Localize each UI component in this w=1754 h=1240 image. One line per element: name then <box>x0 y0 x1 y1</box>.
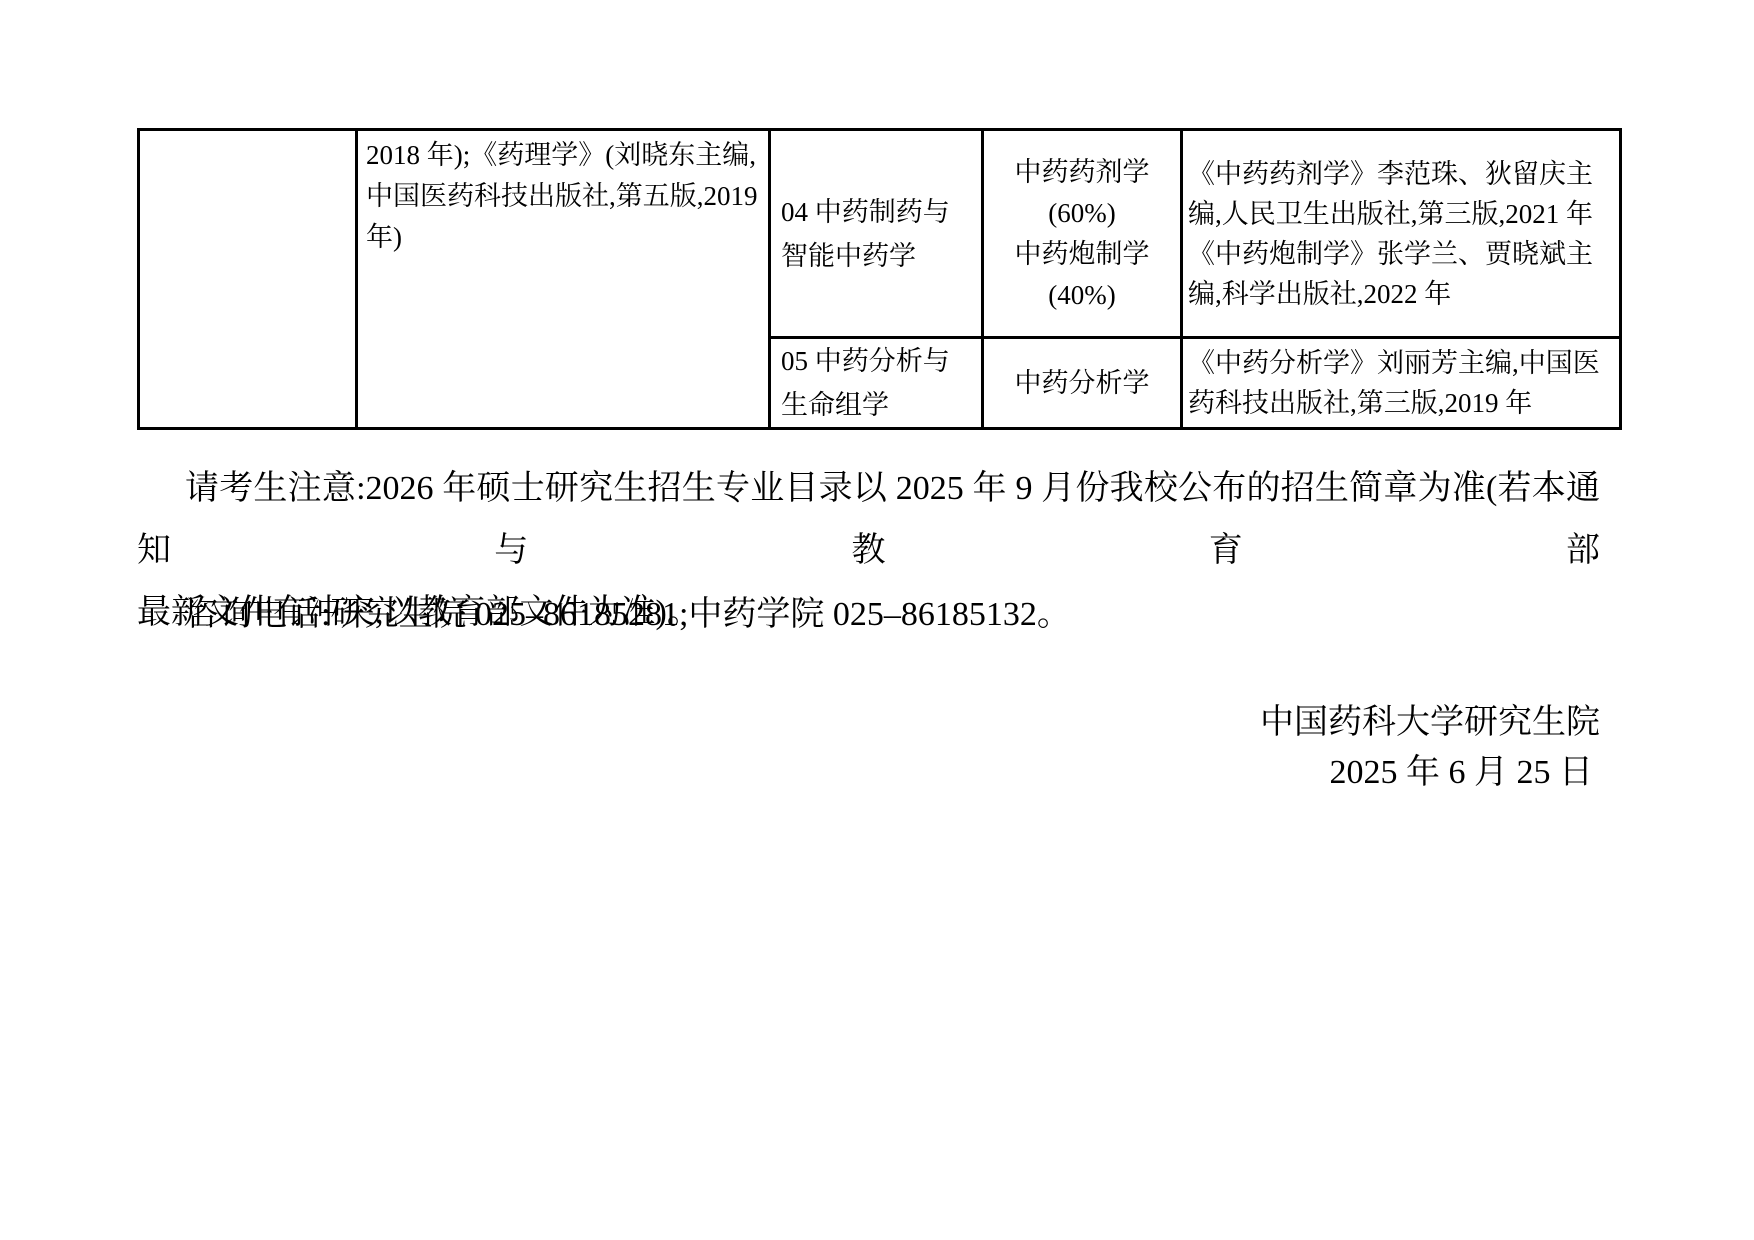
subject-line: 中药炮制学 <box>986 234 1178 275</box>
table-cell-direction-04: 04 中药制药与智能中药学 <box>770 130 983 338</box>
subject-weight-line: (40%) <box>986 275 1178 316</box>
notice-line-1: 请考生注意:2026 年硕士研究生招生专业目录以 2025 年 9 月份我校公布… <box>137 458 1600 582</box>
subject-weight-line: (60%) <box>986 193 1178 234</box>
direction-04-text: 04 中药制药与智能中药学 <box>781 197 950 271</box>
table-row: 2018 年);《药理学》(刘晓东主编,中国医药科技出版社,第五版,2019 年… <box>139 130 1621 338</box>
admissions-catalog-table: 2018 年);《药理学》(刘晓东主编,中国医药科技出版社,第五版,2019 年… <box>137 128 1622 430</box>
table-cell-references-05: 《中药分析学》刘丽芳主编,中国医药科技出版社,第三版,2019 年 <box>1182 338 1621 429</box>
table-cell-exam-reference-continued: 2018 年);《药理学》(刘晓东主编,中国医药科技出版社,第五版,2019 年… <box>357 130 770 429</box>
direction-05-text: 05 中药分析与生命组学 <box>781 346 950 420</box>
signature-block: 中国药科大学研究生院 2025 年 6 月 25 日 <box>1260 698 1600 798</box>
table-cell-college-blank <box>139 130 357 429</box>
document-page: 2018 年);《药理学》(刘晓东主编,中国医药科技出版社,第五版,2019 年… <box>0 0 1754 1240</box>
table-cell-subjects-05: 中药分析学 <box>983 338 1182 429</box>
reference-entry: 《中药药剂学》李范珠、狄留庆主编,人民卫生出版社,第三版,2021 年 <box>1188 154 1614 234</box>
signature-date: 2025 年 6 月 25 日 <box>1260 748 1600 798</box>
table-cell-direction-05: 05 中药分析与生命组学 <box>770 338 983 429</box>
reference-entry: 《中药分析学》刘丽芳主编,中国医药科技出版社,第三版,2019 年 <box>1188 343 1614 423</box>
reference-entry: 《中药炮制学》张学兰、贾晓斌主编,科学出版社,2022 年 <box>1188 234 1614 314</box>
table-cell-subjects-04: 中药药剂学 (60%) 中药炮制学 (40%) <box>983 130 1182 338</box>
contact-phone-line: 咨询电话:研究生院 025–86185281;中药学院 025–86185132… <box>137 584 1600 646</box>
subject-line: 中药药剂学 <box>986 152 1178 193</box>
exam-reference-continued-text: 2018 年);《药理学》(刘晓东主编,中国医药科技出版社,第五版,2019 年… <box>366 140 758 252</box>
table-cell-references-04: 《中药药剂学》李范珠、狄留庆主编,人民卫生出版社,第三版,2021 年 《中药炮… <box>1182 130 1621 338</box>
signature-organization: 中国药科大学研究生院 <box>1260 698 1600 748</box>
subject-line: 中药分析学 <box>986 363 1178 404</box>
